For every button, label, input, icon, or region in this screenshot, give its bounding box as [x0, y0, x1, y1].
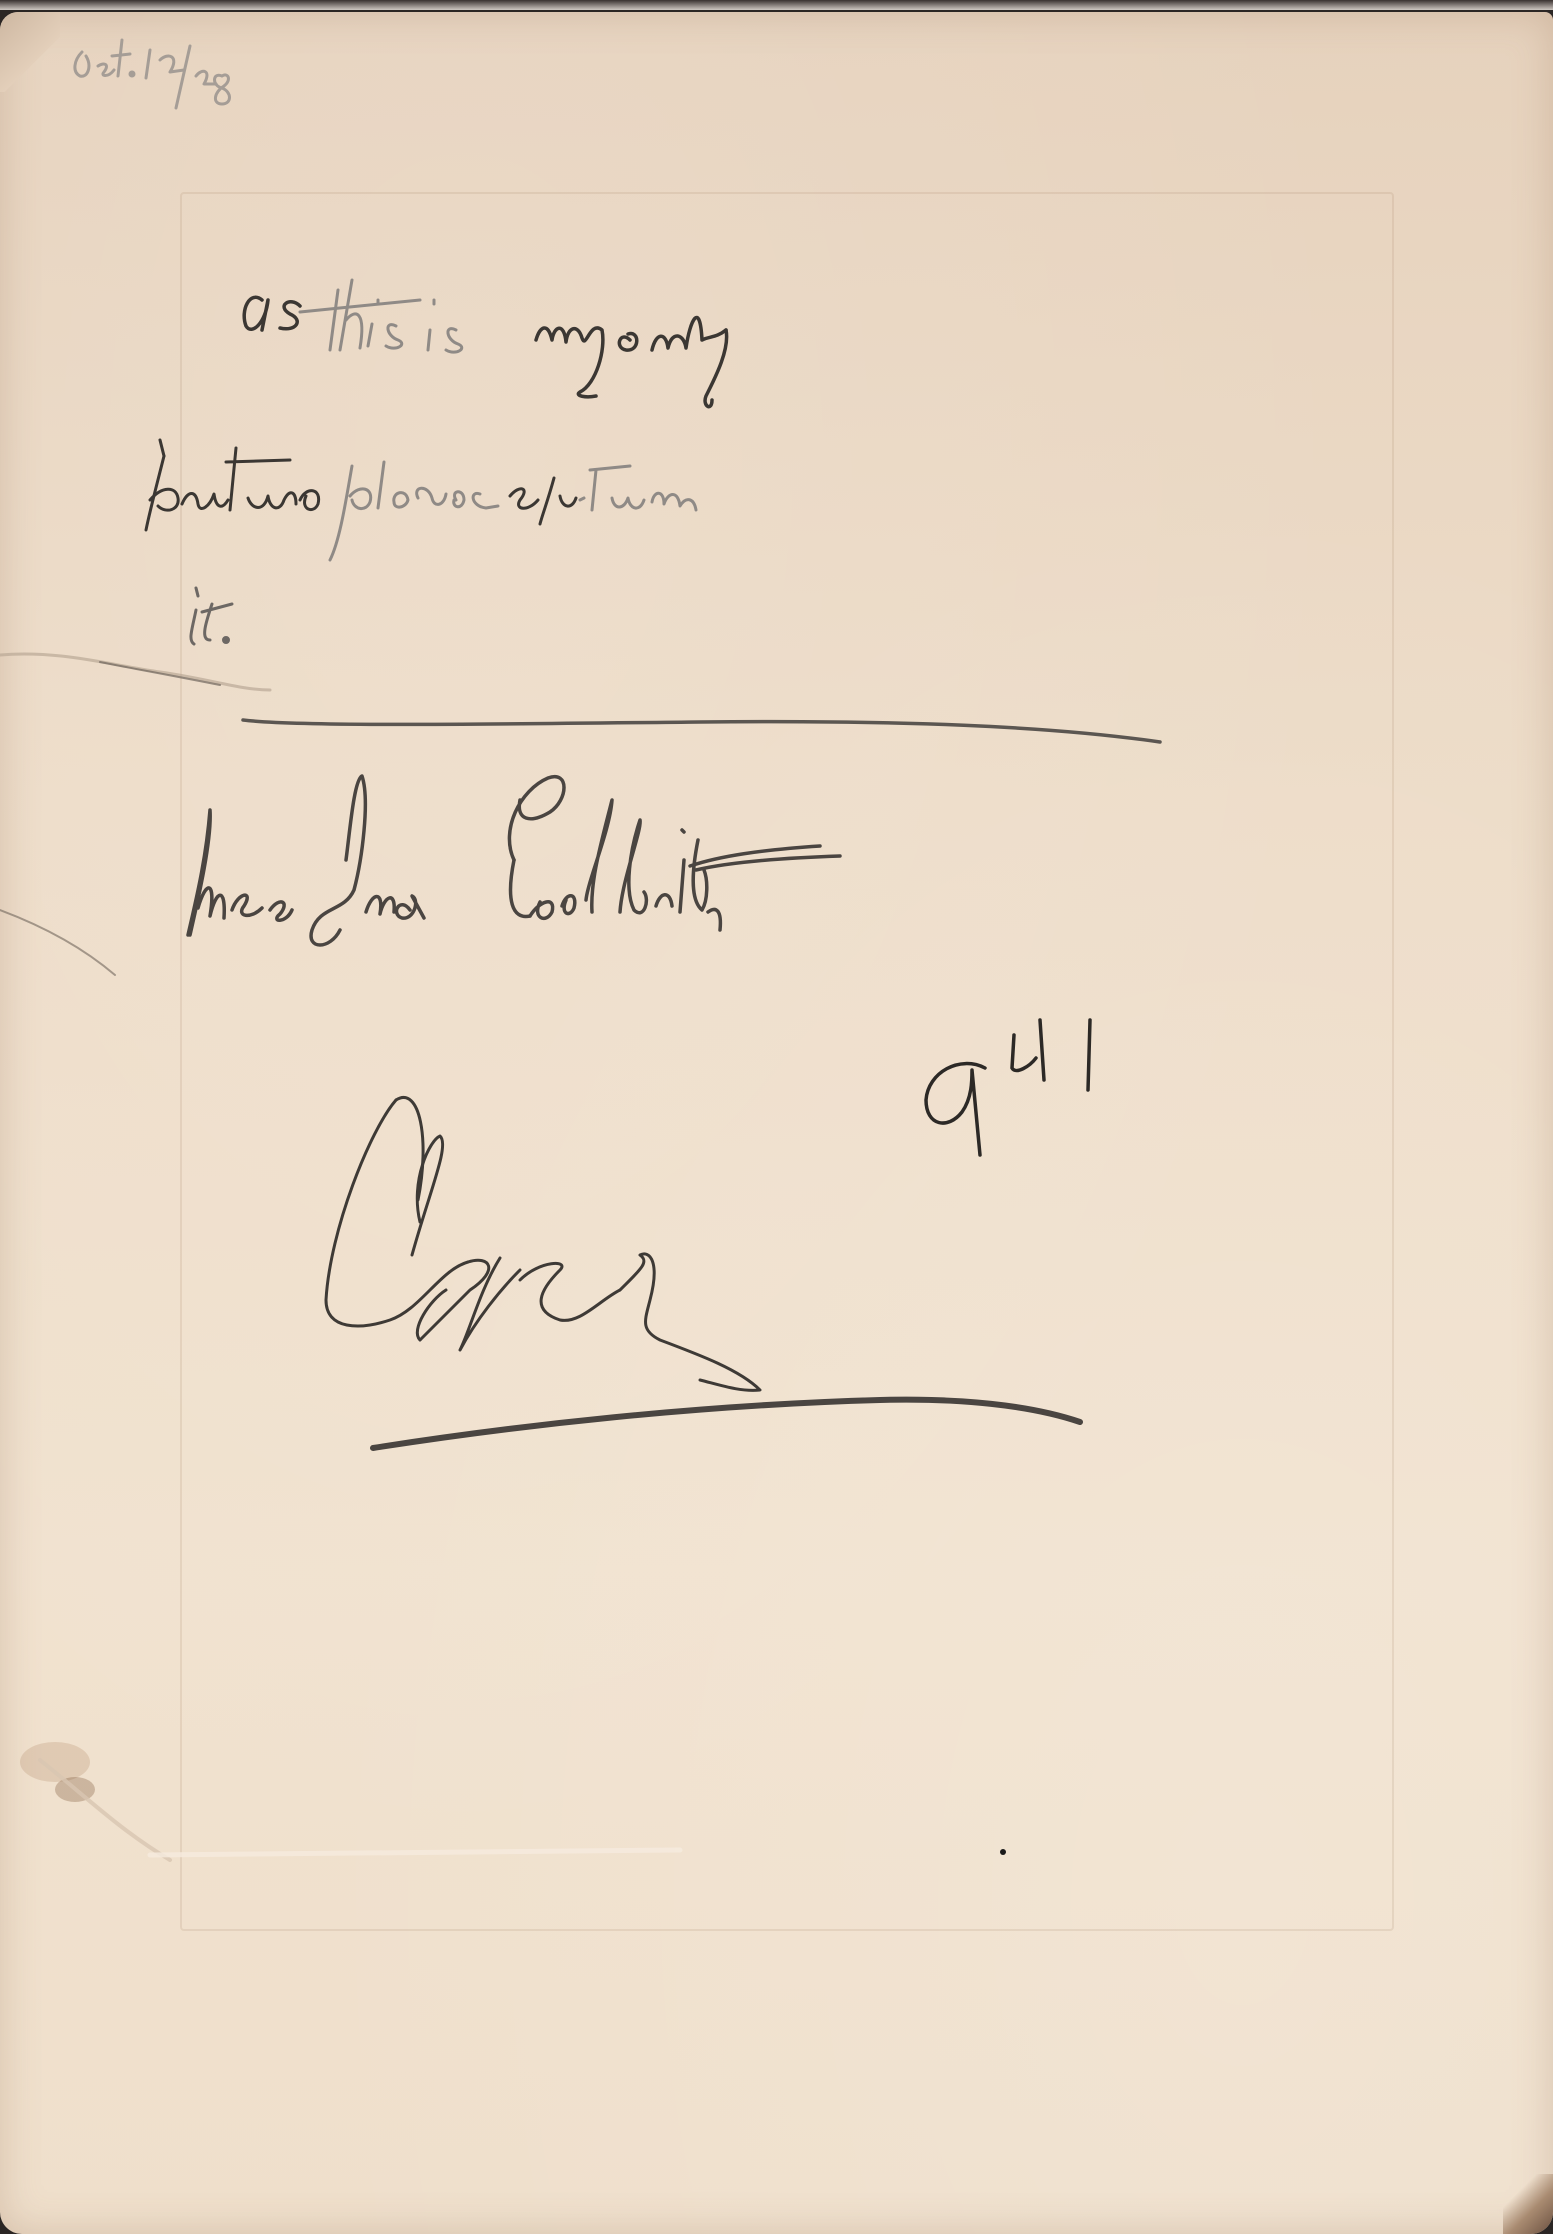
- sitter-name: Miss Ina Coolbrith: [190, 800, 1226, 928]
- date-note: Oct. 12/28: [70, 35, 303, 86]
- message-line-3: it.: [190, 590, 263, 672]
- message-line-1: as this is my only: [240, 270, 1026, 375]
- cover-label: Cover: [320, 1120, 920, 1353]
- message-line-2: picture please return: [130, 430, 1099, 535]
- transcription-layer: Oct. 12/28 as this is my only picture pl…: [0, 0, 1553, 2234]
- catalog-number: 947: [920, 1040, 1073, 1133]
